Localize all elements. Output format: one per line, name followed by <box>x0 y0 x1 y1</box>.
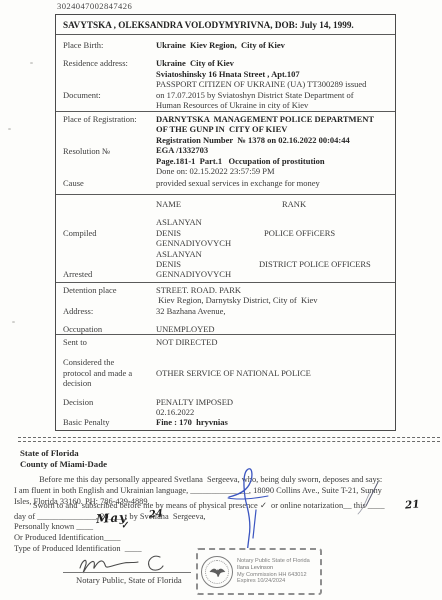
table-row: Place Birth: Ukraine Kiev Region, City o… <box>56 40 395 50</box>
cause-label: Cause <box>56 178 156 188</box>
stamp-line2: Ilana Levinson <box>237 565 310 572</box>
table-row: Place of Registration: DARNYTSKA MANAGEM… <box>56 114 395 135</box>
table-row: Document: PASSPORT CITIZEN OF UKRAINE (U… <box>56 79 395 110</box>
arrested-label: Arrested <box>56 269 156 279</box>
table-row: Resolution № Registration Number № 1378 … <box>56 135 395 177</box>
table-section-decision: Sent to NOT DIRECTED Considered the prot… <box>56 335 395 431</box>
compiled-name: ASLANYAN DENIS GENNADIYOVYCH <box>156 217 256 248</box>
arrested-rank: DISTRICT POLICE OFFICERS <box>256 259 395 269</box>
table-section-officers: NAME RANK Compiled ASLANYAN DENIS GENNAD… <box>56 195 395 283</box>
document-number: 3024047002847426 <box>57 1 132 11</box>
table-row: Address: 32 Bazhana Avenue, <box>56 306 395 316</box>
table-section-identity: Place Birth: Ukraine Kiev Region, City o… <box>56 35 395 112</box>
residence-label: Residence address: <box>56 58 156 79</box>
notary-stamp: Notary Public State of Florida Ilana Lev… <box>196 548 322 595</box>
table-section-detention: Detention place STREET. ROAD. PARK Kiev … <box>56 283 395 335</box>
notary-heading: State of Florida County of Miami-Dade <box>20 448 107 469</box>
handwritten-year: 24 <box>148 508 163 520</box>
county-line: County of Miami-Dade <box>20 459 107 470</box>
occupation-value: UNEMPLOYED <box>156 324 395 334</box>
rank-column-header: RANK <box>256 199 395 209</box>
notary-seal-icon <box>201 556 233 588</box>
handwritten-day: 21 <box>405 498 421 511</box>
officers-header-row: NAME RANK <box>56 199 395 209</box>
considered-label: Considered the protocol and made a decis… <box>56 357 156 388</box>
residence-value: Ukraine City of Kiev Sviatoshinsky 16 Hn… <box>156 58 395 79</box>
address-value: 32 Bazhana Avenue, <box>156 306 395 316</box>
subject-name-dob: SAVYTSKA , OLEKSANDRA VOLODYMYRIVNA, DOB… <box>63 20 389 30</box>
scanned-document-page: 3024047002847426 SAVYTSKA , OLEKSANDRA V… <box>0 0 442 600</box>
registration-label: Place of Registration: <box>56 114 156 135</box>
address-label: Address: <box>56 306 156 316</box>
state-line: State of Florida <box>20 448 107 459</box>
place-birth-label: Place Birth: <box>56 40 156 50</box>
table-row: Detention place STREET. ROAD. PARK Kiev … <box>56 285 395 306</box>
table-row: Decision PENALTY IMPOSED 02.16.2022 <box>56 397 395 418</box>
arrested-row: Arrested ASLANYAN DENIS GENNADIYOVYCH DI… <box>56 249 395 280</box>
scan-speck <box>30 62 33 64</box>
document-label: Document: <box>56 90 156 110</box>
basic-penalty-label: Basic Penalty <box>56 417 156 427</box>
record-table: SAVYTSKA , OLEKSANDRA VOLODYMYRIVNA, DOB… <box>55 14 396 431</box>
table-row: Considered the protocol and made a decis… <box>56 357 395 388</box>
table-row: Basic Penalty Fine : 170 hryvnias <box>56 417 395 427</box>
detention-value: STREET. ROAD. PARK Kiev Region, Darnytsk… <box>156 285 395 306</box>
compiled-label: Compiled <box>56 228 156 238</box>
stamp-text: Notary Public State of Florida Ilana Lev… <box>237 558 310 584</box>
decision-label: Decision <box>56 397 156 418</box>
stamp-line1: Notary Public State of Florida <box>237 558 310 565</box>
scan-speck <box>12 321 15 323</box>
occupation-label: Occupation <box>56 324 156 334</box>
table-section-title: SAVYTSKA , OLEKSANDRA VOLODYMYRIVNA, DOB… <box>56 15 395 35</box>
arrested-name: ASLANYAN DENIS GENNADIYOVYCH <box>156 249 256 280</box>
sworn-statement-block: Sworn to and subscribed before me by mea… <box>14 501 442 555</box>
resolution-value-bold: Registration Number № 1378 on 02.16.2022… <box>156 135 391 166</box>
table-row: Occupation UNEMPLOYED <box>56 324 395 334</box>
place-birth-value: Ukraine Kiev Region, City of Kiev <box>156 40 395 50</box>
document-value: PASSPORT CITIZEN OF UKRAINE (UA) TT30028… <box>156 79 395 110</box>
detention-label: Detention place <box>56 285 156 306</box>
stamp-line4: Expires 10/24/2024 <box>237 578 310 585</box>
cause-value: provided sexual services in exchange for… <box>156 178 395 188</box>
resolution-value-done: Done on: 02.15.2022 23:57:59 PM <box>156 166 391 176</box>
section-divider <box>18 437 440 442</box>
table-row: Residence address: Ukraine City of Kiev … <box>56 58 395 79</box>
compiled-row: Compiled ASLANYAN DENIS GENNADIYOVYCH PO… <box>56 217 395 248</box>
stamp-line3: My Commission HH 643012 <box>237 572 310 579</box>
resolution-label: Resolution № <box>56 135 156 177</box>
sent-to-label: Sent to <box>56 337 156 347</box>
registration-value: DARNYTSKA MANAGEMENT POLICE DEPARTMENT O… <box>156 114 395 135</box>
table-row: Sent to NOT DIRECTED <box>56 337 395 347</box>
basic-penalty-value: Fine : 170 hryvnias <box>156 417 395 427</box>
decision-value: PENALTY IMPOSED 02.16.2022 <box>156 397 395 418</box>
compiled-rank: POLICE OFFiCERS <box>256 228 395 238</box>
handwritten-checkmark: ✓ <box>120 521 129 532</box>
considered-value: OTHER SERVICE OF NATIONAL POLICE <box>156 368 395 378</box>
notary-signature-label: Notary Public, State of Florida <box>76 575 182 585</box>
sent-to-value: NOT DIRECTED <box>156 337 395 347</box>
table-section-registration: Place of Registration: DARNYTSKA MANAGEM… <box>56 112 395 195</box>
table-row: Cause provided sexual services in exchan… <box>56 178 395 188</box>
notary-signature-line <box>63 572 191 573</box>
name-column-header: NAME <box>156 199 256 209</box>
scan-speck <box>8 128 11 130</box>
